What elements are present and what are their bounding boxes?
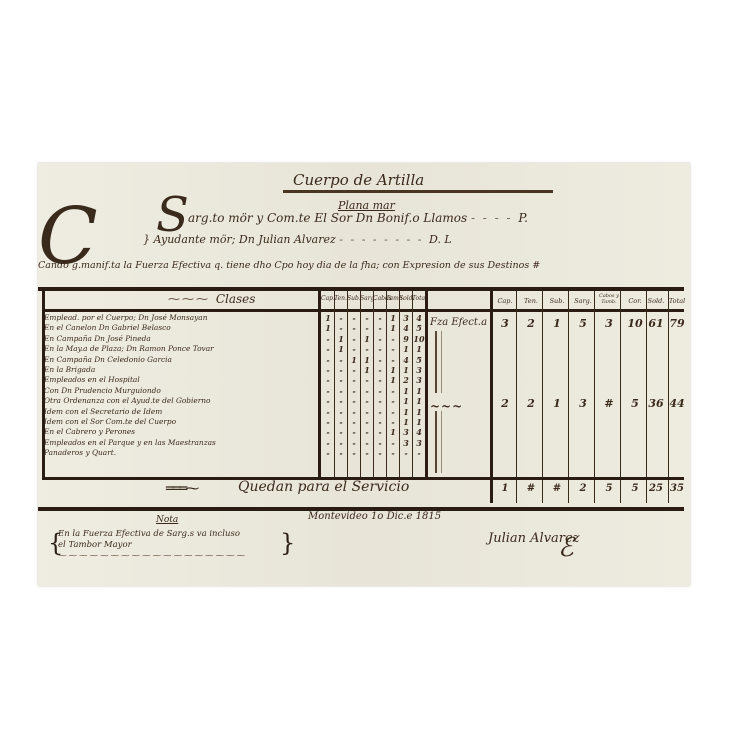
efectiva-value: 3 xyxy=(492,317,518,330)
nota-text: En la Fuerza Efectiva de Sarg.s va inclu… xyxy=(58,529,247,562)
bracket-lower xyxy=(435,411,442,473)
header-line-description: Cando g.manif.ta la Fuerza Efectiva q. t… xyxy=(38,260,540,271)
adjutant-suffix: D. L xyxy=(429,233,452,246)
signature-flourish: ℰ xyxy=(558,535,574,561)
adjutant-text: } Ayudante mör; Dn Julian Alvarez xyxy=(143,233,336,246)
servicio-flourish: ═══⁓ xyxy=(166,481,197,497)
table-row-label: En la Brigada xyxy=(44,365,316,375)
summary-header: Total xyxy=(668,297,686,305)
col-values-ten: --11---------- xyxy=(335,313,347,459)
table-row-label: En la May.a de Plaza; Dn Ramon Ponce Tov… xyxy=(44,344,316,354)
divider xyxy=(318,291,321,477)
troop-table: ⁓⁓⁓ Clases Cap. Ten. Sub. Sarg. Cabos Ta… xyxy=(38,287,684,511)
summary-header: Cap. xyxy=(492,297,518,305)
table-row-label: Panaderos y Quart. xyxy=(44,448,316,458)
col-values-total: 45101533111143- xyxy=(413,313,425,459)
commander-text: arg.to mör y Com.te El Sor Dn Bonif.o Ll… xyxy=(188,211,467,225)
brace-right: } xyxy=(280,531,295,555)
col-header: Tamb. xyxy=(386,295,399,302)
destinos-value: 2 xyxy=(492,397,518,410)
table-row-label: Emplead. por el Cuerpo; Dn José Monsayan xyxy=(44,313,316,323)
efectiva-value: 5 xyxy=(570,317,596,330)
col-values-tamb: 11---11----1-- xyxy=(387,313,399,459)
summary-header: Cabos y Tamb. xyxy=(596,293,622,305)
summary-header: Sold. xyxy=(644,297,668,305)
header-line-commander: arg.to mör y Com.te El Sor Dn Bonif.o Ll… xyxy=(188,211,528,225)
servicio-value: 25 xyxy=(644,483,668,494)
servicio-value: 2 xyxy=(570,483,596,494)
table-row-label: Con Dn Prudencio Murguiondo xyxy=(44,386,316,396)
servicio-value: 5 xyxy=(596,483,622,494)
table-row-label: Empleados en el Parque y en las Maestran… xyxy=(44,438,316,448)
table-row-label: En el Canelon Dn Gabriel Belasco xyxy=(44,323,316,333)
col-values-sold: 3491412111133- xyxy=(400,313,412,459)
efectiva-value: 3 xyxy=(596,317,622,330)
table-row-label: En Campaña Dn José Pineda xyxy=(44,334,316,344)
commander-suffix: P. xyxy=(518,211,527,225)
row-labels: Emplead. por el Cuerpo; Dn José Monsayan… xyxy=(44,313,316,459)
col-header: Sold. xyxy=(399,295,412,302)
col-header: Total xyxy=(412,295,425,302)
col-values-sarg: --1-11-------- xyxy=(361,313,373,459)
col-header: Cabos xyxy=(373,295,386,302)
summary-header: Ten. xyxy=(518,297,544,305)
initial-s-flourish: S xyxy=(156,191,189,239)
servicio-value: 1 xyxy=(492,483,518,494)
document-date: Montevideo 1o Dic.e 1815 xyxy=(308,511,441,522)
table-row-label: Idem con el Sor Com.te del Cuerpo xyxy=(44,417,316,427)
summary-header: Sub. xyxy=(544,297,570,305)
title-underline xyxy=(283,190,553,193)
table-row-label: Empleados en el Hospital xyxy=(44,375,316,385)
manuscript-page: Cuerpo de Artilla Plana mar C S arg.to m… xyxy=(38,163,690,586)
destinos-value: 2 xyxy=(518,397,544,410)
destinos-value: # xyxy=(596,397,622,410)
efectiva-value: 2 xyxy=(518,317,544,330)
efectiva-value: 61 xyxy=(644,317,668,330)
destinos-value: 44 xyxy=(668,397,686,410)
table-row-label: Idem con el Secretario de Idem xyxy=(44,407,316,417)
servicio-label: Quedan para el Servicio xyxy=(238,479,409,495)
divider xyxy=(425,291,428,477)
bracket-upper xyxy=(435,331,442,393)
efectiva-value: 1 xyxy=(544,317,570,330)
efectiva-value: 79 xyxy=(668,317,686,330)
col-header: Sub. xyxy=(347,295,360,302)
document-title: Cuerpo de Artilla xyxy=(293,171,424,189)
clases-header: ⁓⁓⁓ Clases xyxy=(168,292,255,306)
servicio-value: # xyxy=(518,483,544,494)
destinos-value: 3 xyxy=(570,397,596,410)
summary-header: Sarg. xyxy=(570,297,596,305)
efectiva-label: Fza Efect.a xyxy=(430,317,487,328)
servicio-value: 35 xyxy=(668,483,686,494)
destinos-value: 1 xyxy=(544,397,570,410)
table-row-label: Otra Ordenanza con el Ayud.te del Gobier… xyxy=(44,396,316,406)
col-values-cap: 11------------ xyxy=(322,313,334,459)
table-row-label: En el Cabrero y Perones xyxy=(44,427,316,437)
col-header: Cap. xyxy=(321,295,334,302)
col-header: Ten. xyxy=(334,295,347,302)
nota-heading: Nota xyxy=(156,515,178,525)
destinos-value: 36 xyxy=(644,397,668,410)
col-header: Sarg. xyxy=(360,295,373,302)
header-line-adjutant: } Ayudante mör; Dn Julian Alvarez - - - … xyxy=(143,233,452,246)
table-row-label: En Campaña Dn Celedonio Garcia xyxy=(44,355,316,365)
servicio-value: # xyxy=(544,483,570,494)
col-values-cabos: -------------- xyxy=(374,313,386,459)
col-values-sub: ----1--------- xyxy=(348,313,360,459)
